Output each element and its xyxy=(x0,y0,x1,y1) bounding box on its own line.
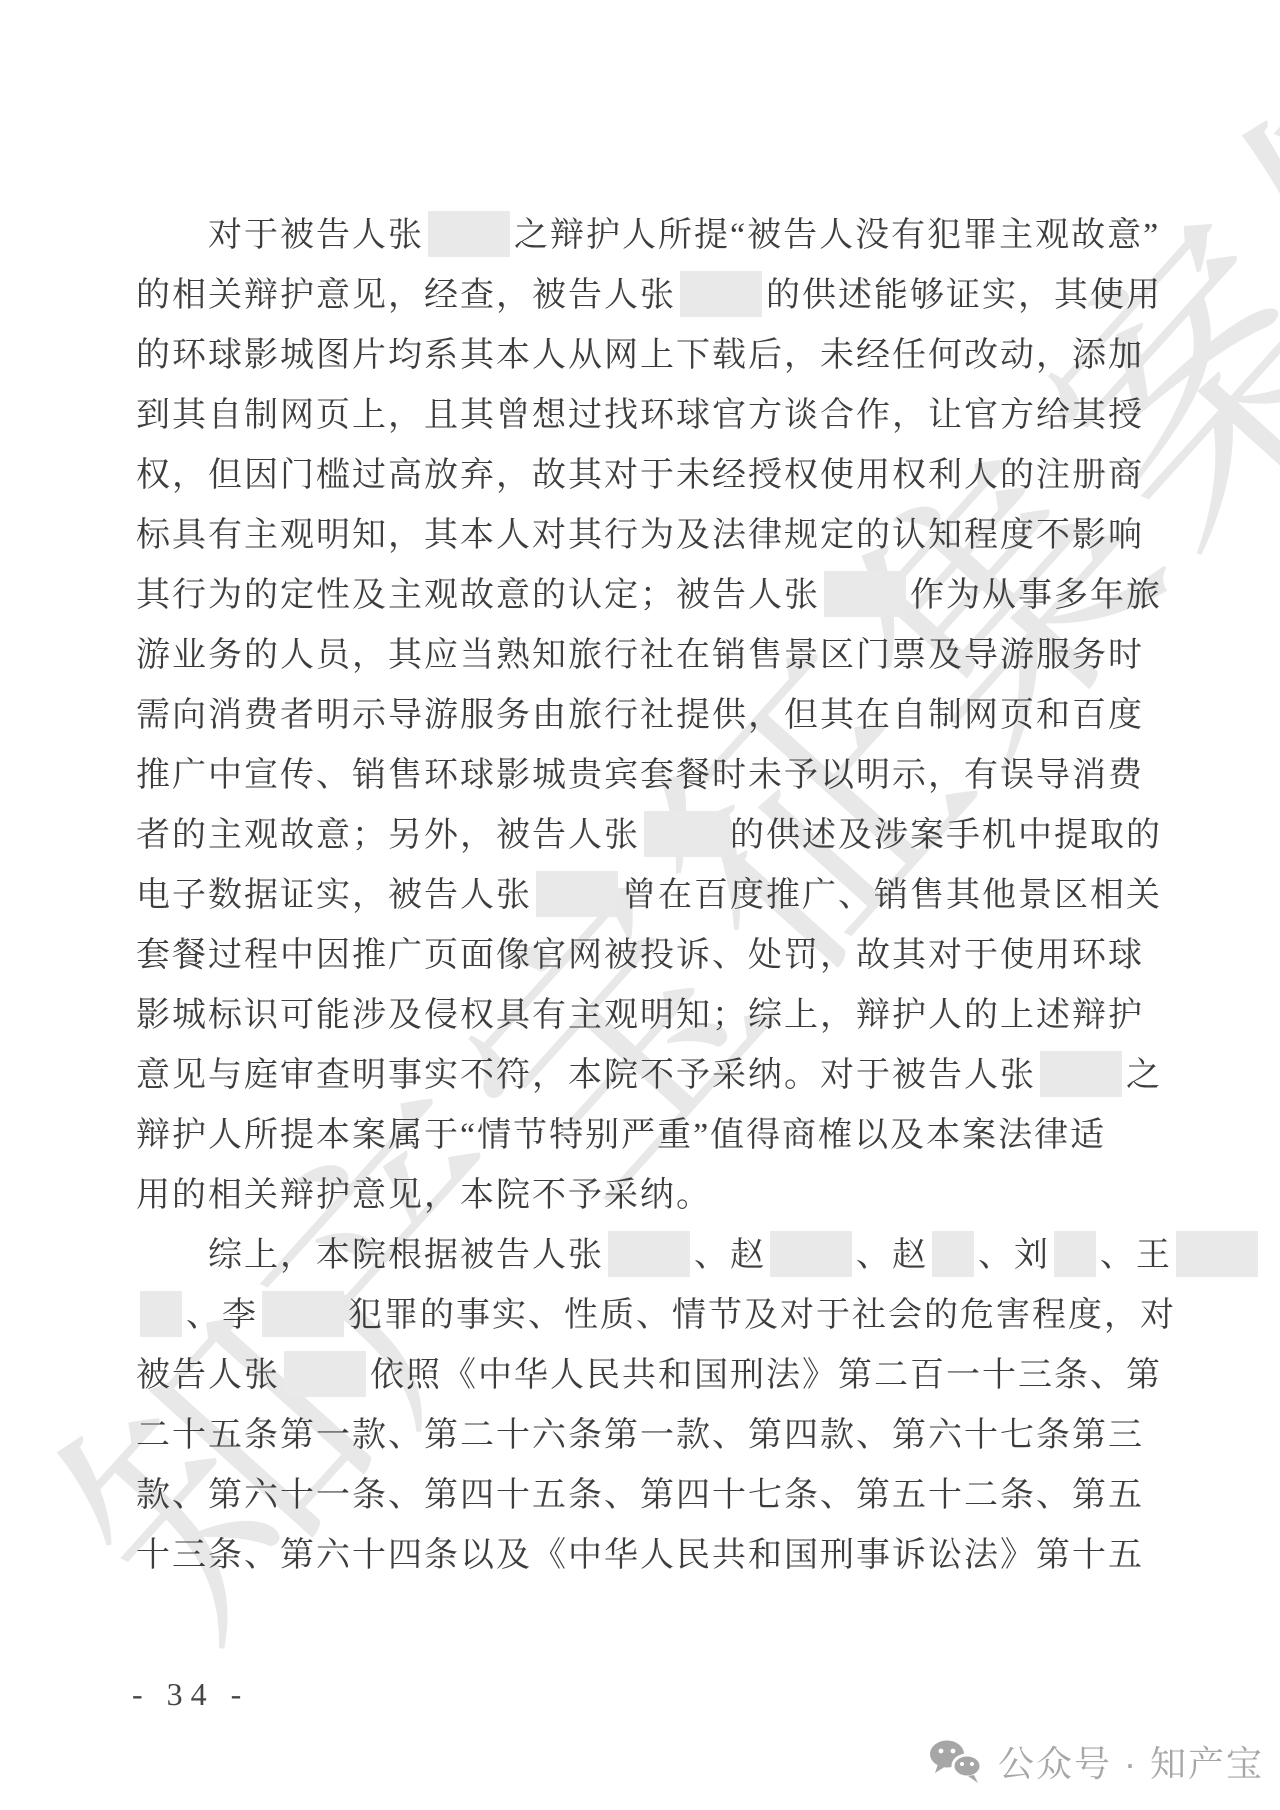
page-number: - 34 - xyxy=(132,1676,249,1713)
document-line: 到其自制网页上，且其曾想过找环球官方谈合作，让官方给其授 xyxy=(136,386,1152,446)
text-run: 到其自制网页上，且其曾想过找环球官方谈合作，让官方给其授 xyxy=(136,397,1144,434)
footer: 公众号 · 知产宝 xyxy=(928,1736,1264,1787)
document-line: 电子数据证实，被告人张曾在百度推广、销售其他景区相关 xyxy=(136,866,1152,926)
text-run: 辩护人所提本案属于“情节特别严重”值得商榷以及本案法律适 xyxy=(136,1117,1106,1154)
document-line: 标具有主观明知，其本人对其行为及法律规定的认知程度不影响 xyxy=(136,506,1152,566)
document-line: 影城标识可能涉及侵权具有主观明知；综上，辩护人的上述辩护 xyxy=(136,986,1152,1046)
text-run: 推广中宣传、销售环球影城贵宾套餐时未予以明示，有误导消费 xyxy=(136,757,1144,794)
text-run: 曾在百度推广、销售其他景区相关 xyxy=(622,877,1162,914)
redacted-name-box xyxy=(608,1231,690,1277)
text-run: 电子数据证实，被告人张 xyxy=(136,877,532,914)
document-line: 游业务的人员，其应当熟知旅行社在销售景区门票及导游服务时 xyxy=(136,626,1152,686)
document-line: 的环球影城图片均系其本人从网上下载后，未经任何改动，添加 xyxy=(136,326,1152,386)
document-line: 权，但因门槛过高放弃，故其对于未经授权使用权利人的注册商 xyxy=(136,446,1152,506)
document-line: 其行为的定性及主观故意的认定；被告人张作为从事多年旅 xyxy=(136,566,1152,626)
document-line: 用的相关辩护意见，本院不予采纳。 xyxy=(136,1166,1152,1226)
text-run: 的环球影城图片均系其本人从网上下载后，未经任何改动，添加 xyxy=(136,337,1144,374)
text-run: 作为从事多年旅 xyxy=(910,577,1162,614)
text-run: 之 xyxy=(1126,1057,1162,1094)
text-run: 被告人张 xyxy=(136,1357,280,1394)
text-run: 、赵 xyxy=(856,1237,928,1274)
text-run: 依照《中华人民共和国刑法》第二百一十三条、第 xyxy=(370,1357,1162,1394)
text-run: 犯罪的事实、性质、情节及对于社会的危害程度，对 xyxy=(348,1297,1176,1334)
text-run: 者的主观故意；另外，被告人张 xyxy=(136,817,640,854)
document-line: 款、第六十一条、第四十五条、第四十七条、第五十二条、第五 xyxy=(136,1466,1152,1526)
text-run: 意见与庭审查明事实不符，本院不予采纳。对于被告人张 xyxy=(136,1057,1036,1094)
text-run: 用的相关辩护意见，本院不予采纳。 xyxy=(136,1177,712,1214)
redacted-name-box xyxy=(1176,1231,1258,1277)
text-run: 、李 xyxy=(186,1297,258,1334)
document-line: 二十五条第一款、第二十六条第一款、第四款、第六十七条第三 xyxy=(136,1406,1152,1466)
redacted-name-box xyxy=(770,1231,852,1277)
text-run: 对于被告人张 xyxy=(208,217,424,254)
text-run: 其行为的定性及主观故意的认定；被告人张 xyxy=(136,577,820,614)
text-run: 综上，本院根据被告人张 xyxy=(208,1237,604,1274)
text-run: 影城标识可能涉及侵权具有主观明知；综上，辩护人的上述辩护 xyxy=(136,997,1144,1034)
redacted-name-box xyxy=(1054,1231,1096,1277)
text-run: 标具有主观明知，其本人对其行为及法律规定的认知程度不影响 xyxy=(136,517,1144,554)
footer-label: 公众号 · 知产宝 xyxy=(998,1736,1264,1787)
document-line: 被告人张依照《中华人民共和国刑法》第二百一十三条、第 xyxy=(136,1346,1152,1406)
redacted-name-box xyxy=(428,211,510,257)
redacted-name-box xyxy=(680,271,762,317)
redacted-name-box xyxy=(140,1291,182,1337)
text-run: 游业务的人员，其应当熟知旅行社在销售景区门票及导游服务时 xyxy=(136,637,1144,674)
document-line: 需向消费者明示导游服务由旅行社提供，但其在自制网页和百度 xyxy=(136,686,1152,746)
document-line: 者的主观故意；另外，被告人张的供述及涉案手机中提取的 xyxy=(136,806,1152,866)
document-line: 辩护人所提本案属于“情节特别严重”值得商榷以及本案法律适 xyxy=(136,1106,1152,1166)
document-line: 、李犯罪的事实、性质、情节及对于社会的危害程度，对 xyxy=(136,1286,1152,1346)
redacted-name-box xyxy=(536,871,618,917)
text-run: 的供述能够证实，其使用 xyxy=(766,277,1162,314)
document-line: 的相关辩护意见，经查，被告人张的供述能够证实，其使用 xyxy=(136,266,1152,326)
text-run: 的相关辩护意见，经查，被告人张 xyxy=(136,277,676,314)
redacted-name-box xyxy=(284,1351,366,1397)
wechat-icon xyxy=(928,1738,984,1786)
redacted-name-box xyxy=(932,1231,974,1277)
text-run: 、赵 xyxy=(694,1237,766,1274)
redacted-name-box xyxy=(644,811,726,857)
document-line: 套餐过程中因推广页面像官网被投诉、处罚，故其对于使用环球 xyxy=(136,926,1152,986)
document-line: 十三条、第六十四条以及《中华人民共和国刑事诉讼法》第十五 xyxy=(136,1526,1152,1586)
text-run: 十三条、第六十四条以及《中华人民共和国刑事诉讼法》第十五 xyxy=(136,1537,1144,1574)
text-run: 二十五条第一款、第二十六条第一款、第四款、第六十七条第三 xyxy=(136,1417,1144,1454)
document-line: 对于被告人张之辩护人所提“被告人没有犯罪主观故意” xyxy=(136,206,1152,266)
text-run: 的供述及涉案手机中提取的 xyxy=(730,817,1162,854)
text-run: 需向消费者明示导游服务由旅行社提供，但其在自制网页和百度 xyxy=(136,697,1144,734)
text-run: 权，但因门槛过高放弃，故其对于未经授权使用权利人的注册商 xyxy=(136,457,1144,494)
document-line: 推广中宣传、销售环球影城贵宾套餐时未予以明示，有误导消费 xyxy=(136,746,1152,806)
text-run: 款、第六十一条、第四十五条、第四十七条、第五十二条、第五 xyxy=(136,1477,1144,1514)
text-run: 套餐过程中因推广页面像官网被投诉、处罚，故其对于使用环球 xyxy=(136,937,1144,974)
redacted-name-box xyxy=(1040,1051,1122,1097)
text-run: 、刘 xyxy=(978,1237,1050,1274)
document-line: 综上，本院根据被告人张、赵、赵、刘、王 xyxy=(136,1226,1152,1286)
text-run: 、王 xyxy=(1100,1237,1172,1274)
redacted-name-box xyxy=(262,1291,344,1337)
text-run: 之辩护人所提“被告人没有犯罪主观故意” xyxy=(514,217,1160,254)
redacted-name-box xyxy=(824,571,906,617)
judgment-page: 知产宝征集案例 对于被告人张之辩护人所提“被告人没有犯罪主观故意”的相关辩护意见… xyxy=(0,0,1280,1810)
document-lines: 对于被告人张之辩护人所提“被告人没有犯罪主观故意”的相关辩护意见，经查，被告人张… xyxy=(136,206,1152,1586)
document-line: 意见与庭审查明事实不符，本院不予采纳。对于被告人张之 xyxy=(136,1046,1152,1106)
